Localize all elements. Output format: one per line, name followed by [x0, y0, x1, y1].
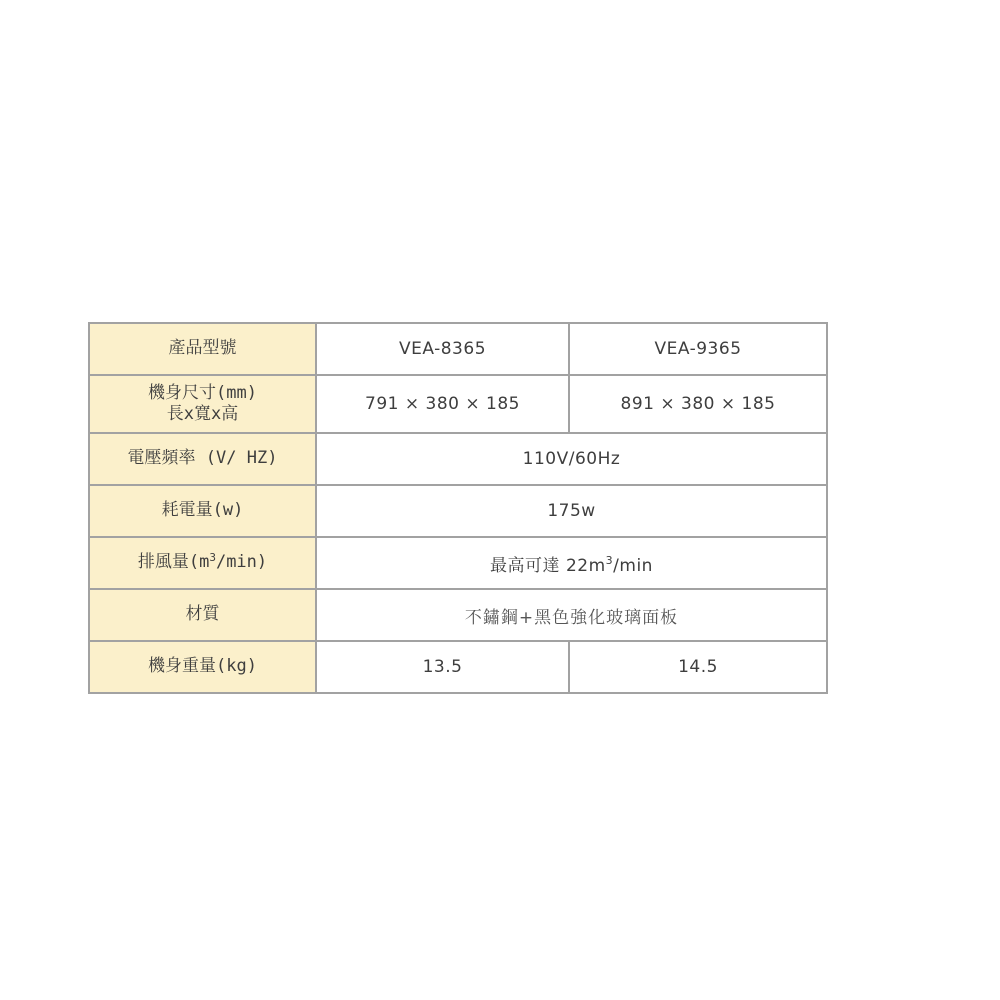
spec-value-voltage: 110V/60Hz: [316, 433, 827, 485]
row-exhaust: 排風量(m3/min) 最高可達 22m3/min: [89, 537, 827, 589]
spec-value-material: 不鏽鋼+黑色強化玻璃面板: [316, 589, 827, 641]
exhaust-label-superscript: 3: [209, 551, 216, 564]
spec-value-exhaust: 最高可達 22m3/min: [316, 537, 827, 589]
exhaust-value-prefix: 最高可達 22m: [490, 556, 606, 576]
row-model: 產品型號 VEA-8365 VEA-9365: [89, 323, 827, 375]
exhaust-value-superscript: 3: [606, 554, 614, 567]
product-spec-table: 產品型號 VEA-8365 VEA-9365 機身尺寸(mm) 長x寬x高 79…: [88, 322, 828, 694]
spec-value-model-1: VEA-8365: [316, 323, 569, 375]
spec-label-exhaust: 排風量(m3/min): [89, 537, 316, 589]
spec-label-weight: 機身重量(kg): [89, 641, 316, 693]
spec-label-power: 耗電量(w): [89, 485, 316, 537]
exhaust-label-prefix: 排風量(m: [138, 552, 209, 572]
row-power: 耗電量(w) 175w: [89, 485, 827, 537]
spec-label-voltage: 電壓頻率 (V/ HZ): [89, 433, 316, 485]
spec-label-model: 產品型號: [89, 323, 316, 375]
exhaust-value-suffix: /min: [613, 556, 653, 576]
spec-value-model-2: VEA-9365: [569, 323, 827, 375]
row-dimensions: 機身尺寸(mm) 長x寬x高 791 × 380 × 185 891 × 380…: [89, 375, 827, 433]
spec-value-dimensions-1: 791 × 380 × 185: [316, 375, 569, 433]
dimensions-label-line2: 長x寬x高: [90, 404, 315, 425]
row-material: 材質 不鏽鋼+黑色強化玻璃面板: [89, 589, 827, 641]
spec-value-power: 175w: [316, 485, 827, 537]
spec-value-weight-1: 13.5: [316, 641, 569, 693]
page-background: 產品型號 VEA-8365 VEA-9365 機身尺寸(mm) 長x寬x高 79…: [0, 0, 1000, 1000]
spec-label-dimensions: 機身尺寸(mm) 長x寬x高: [89, 375, 316, 433]
spec-value-weight-2: 14.5: [569, 641, 827, 693]
row-voltage: 電壓頻率 (V/ HZ) 110V/60Hz: [89, 433, 827, 485]
spec-label-material: 材質: [89, 589, 316, 641]
dimensions-label-line1: 機身尺寸(mm): [90, 383, 315, 404]
spec-value-dimensions-2: 891 × 380 × 185: [569, 375, 827, 433]
exhaust-label-suffix: /min): [216, 552, 267, 572]
row-weight: 機身重量(kg) 13.5 14.5: [89, 641, 827, 693]
